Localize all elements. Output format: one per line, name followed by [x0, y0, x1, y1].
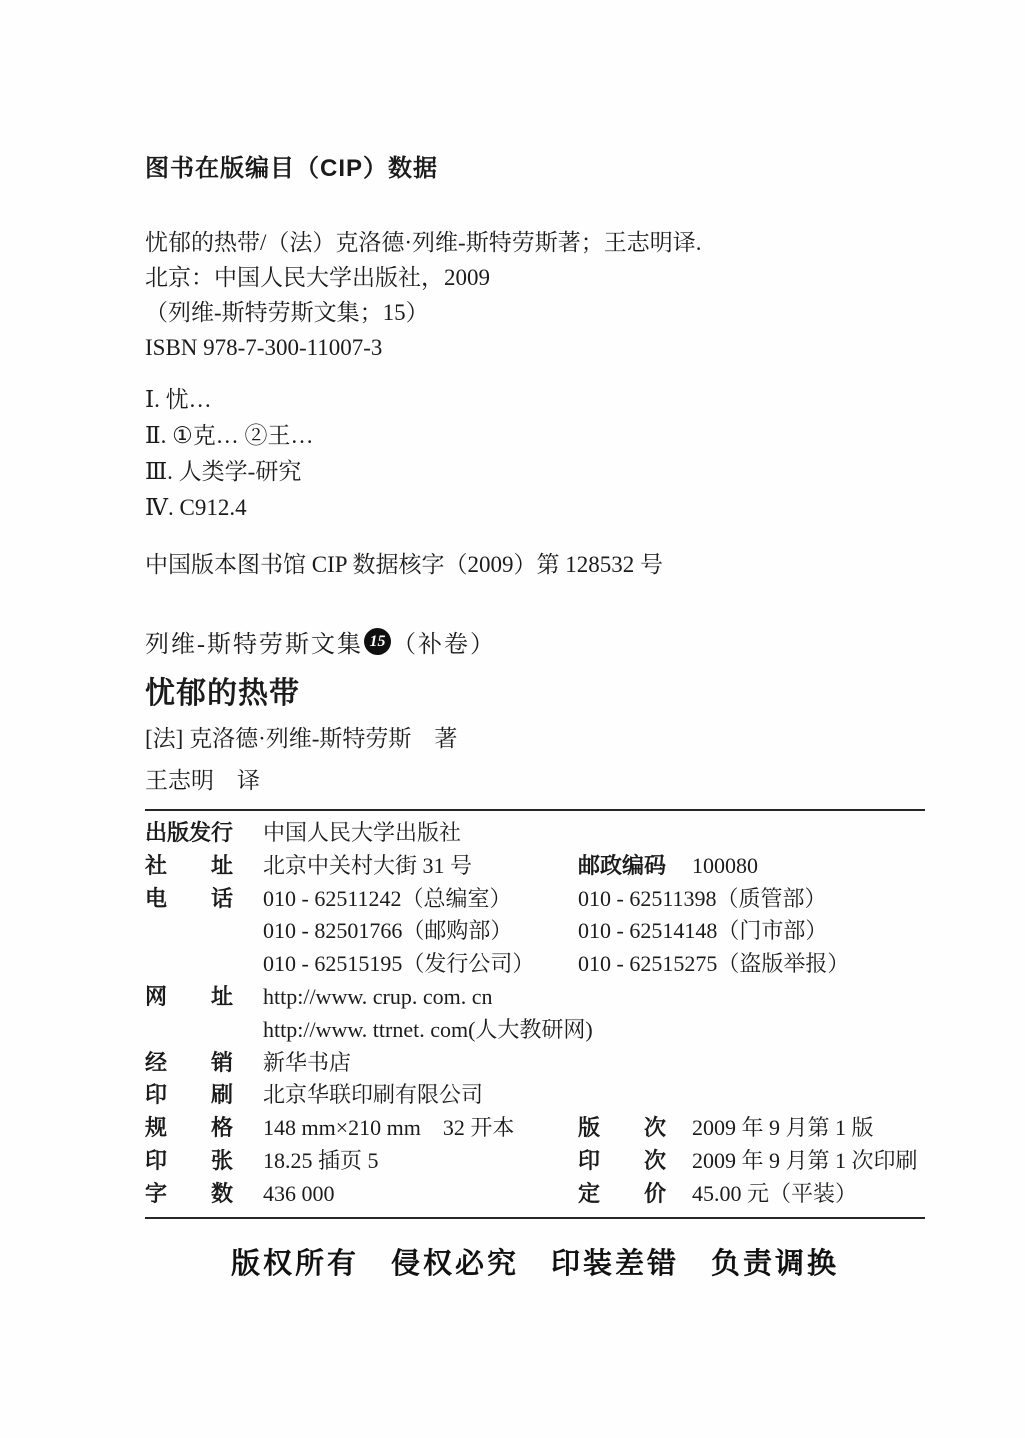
row-right-label: 定 价 [578, 1178, 673, 1211]
row-value: 18.25 插页 5 [263, 1145, 578, 1178]
page-content: 图书在版编目（CIP）数据 忧郁的热带/（法）克洛德·列维-斯特劳斯著；王志明译… [145, 148, 925, 1282]
cip-index-line: Ⅳ. C912.4 [145, 490, 925, 526]
row-value: 010 - 62511242（总编室） [263, 883, 578, 916]
row-value: 010 - 62515195（发行公司） [263, 948, 578, 981]
table-row: 网 址 http://www. crup. com. cn [145, 981, 925, 1014]
row-value: 148 mm×210 mm 32 开本 [263, 1112, 578, 1145]
row-label: 电 话 [145, 883, 240, 916]
row-label: 社 址 [145, 850, 240, 883]
cip-description: 忧郁的热带/（法）克洛德·列维-斯特劳斯著；王志明译. 北京：中国人民大学出版社… [145, 225, 925, 365]
translator-line: 王志明 译 [145, 762, 925, 795]
table-row: 字 数 436 000 定 价45.00 元（平装） [145, 1178, 925, 1211]
cip-description-line: 北京：中国人民大学出版社，2009 [145, 260, 925, 295]
series-suffix: （补卷） [392, 624, 496, 659]
row-label: 网 址 [145, 981, 240, 1014]
cip-description-line: （列维-斯特劳斯文集；15） [145, 295, 925, 330]
row-right-label: 印 次 [578, 1145, 673, 1178]
series-volume-badge: 15 [364, 628, 391, 655]
row-label: 经 销 [145, 1047, 240, 1080]
cip-index-line: Ⅲ. 人类学-研究 [145, 454, 925, 490]
row-value: 010 - 82501766（邮购部） [263, 915, 578, 948]
cip-index-line: Ⅰ. 忧… [145, 382, 925, 418]
row-label: 出版发行 [145, 817, 240, 850]
table-row: 电 话 010 - 62511242（总编室） 010 - 62511398（质… [145, 883, 925, 916]
row-value: http://www. crup. com. cn [263, 981, 578, 1014]
row-value: 436 000 [263, 1178, 578, 1211]
divider-top [145, 809, 925, 811]
cip-heading: 图书在版编目（CIP）数据 [145, 148, 925, 183]
row-right-value: 45.00 元（平装） [692, 1181, 857, 1206]
table-row: 印 刷 北京华联印刷有限公司 [145, 1079, 925, 1112]
row-value: 北京中关村大街 31 号 [263, 850, 578, 883]
book-title: 忧郁的热带 [145, 668, 925, 712]
table-row: 010 - 62515195（发行公司） 010 - 62515275（盗版举报… [145, 948, 925, 981]
row-right-cell: 版 次2009 年 9 月第 1 版 [578, 1112, 925, 1145]
row-right-value: 010 - 62514148（门市部） [578, 915, 925, 948]
row-value: 中国人民大学出版社 [263, 817, 578, 850]
row-right-value: 2009 年 9 月第 1 次印刷 [692, 1148, 918, 1173]
row-right-value: 2009 年 9 月第 1 版 [692, 1115, 874, 1140]
table-row: 印 张 18.25 插页 5 印 次2009 年 9 月第 1 次印刷 [145, 1145, 925, 1178]
row-right-value: 010 - 62515275（盗版举报） [578, 948, 925, 981]
series-prefix: 列维-斯特劳斯文集 [145, 624, 363, 659]
cip-description-line: ISBN 978-7-300-11007-3 [145, 330, 925, 365]
table-row: http://www. ttrnet. com(人大教研网) [145, 1014, 925, 1047]
row-label: 规 格 [145, 1112, 240, 1145]
row-right-cell: 邮政编码100080 [578, 850, 925, 883]
table-row: 规 格 148 mm×210 mm 32 开本 版 次2009 年 9 月第 1… [145, 1112, 925, 1145]
row-value: 新华书店 [263, 1047, 578, 1080]
row-label: 印 张 [145, 1145, 240, 1178]
cip-record-line: 中国版本图书馆 CIP 数据核字（2009）第 128532 号 [145, 546, 925, 579]
row-right-label: 邮政编码 [578, 850, 673, 883]
copyright-page: 图书在版编目（CIP）数据 忧郁的热带/（法）克洛德·列维-斯特劳斯著；王志明译… [0, 0, 1025, 1438]
copyright-notice: 版权所有 侵权必究 印装差错 负责调换 [145, 1241, 925, 1282]
cip-description-line: 忧郁的热带/（法）克洛德·列维-斯特劳斯著；王志明译. [145, 225, 925, 260]
table-row: 经 销 新华书店 [145, 1047, 925, 1080]
row-label: 印 刷 [145, 1079, 240, 1112]
row-right-label: 版 次 [578, 1112, 673, 1145]
cip-index: Ⅰ. 忧… Ⅱ. ①克… ②王… Ⅲ. 人类学-研究 Ⅳ. C912.4 [145, 382, 925, 526]
table-row: 出版发行 中国人民大学出版社 [145, 817, 925, 850]
divider-bottom [145, 1217, 925, 1219]
row-value: http://www. ttrnet. com(人大教研网) [263, 1014, 578, 1047]
row-right-cell: 定 价45.00 元（平装） [578, 1178, 925, 1211]
row-right-cell: 印 次2009 年 9 月第 1 次印刷 [578, 1145, 925, 1178]
row-right-value: 100080 [692, 853, 758, 878]
table-row: 010 - 82501766（邮购部） 010 - 62514148（门市部） [145, 915, 925, 948]
author-line: [法] 克洛德·列维-斯特劳斯 著 [145, 720, 925, 753]
series-line: 列维-斯特劳斯文集 15 （补卷） [145, 624, 925, 659]
row-label: 字 数 [145, 1178, 240, 1211]
row-right-value: 010 - 62511398（质管部） [578, 883, 925, 916]
row-value: 北京华联印刷有限公司 [263, 1079, 578, 1112]
publication-table: 出版发行 中国人民大学出版社 社 址 北京中关村大街 31 号 邮政编码1000… [145, 817, 925, 1211]
table-row: 社 址 北京中关村大街 31 号 邮政编码100080 [145, 850, 925, 883]
cip-index-line: Ⅱ. ①克… ②王… [145, 418, 925, 454]
